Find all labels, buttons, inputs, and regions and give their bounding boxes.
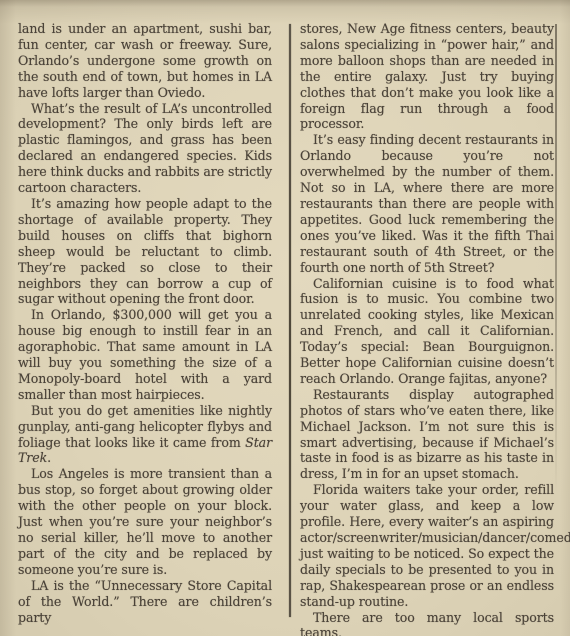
article-paragraph: There are too many local sports teams, bbox=[300, 610, 554, 636]
article-paragraph: It’s easy finding decent restaurants in … bbox=[300, 132, 554, 275]
body-text: Los Angeles is more transient than a bus… bbox=[18, 466, 272, 576]
body-text: LA is the “Unnecessary Store Capital of … bbox=[18, 578, 272, 625]
article-paragraph: Los Angeles is more transient than a bus… bbox=[18, 466, 272, 577]
article-paragraph: land is under an apartment, sushi bar, f… bbox=[18, 21, 272, 101]
body-text: stores, New Age fitness centers, beauty … bbox=[300, 21, 554, 131]
article-paragraph: stores, New Age fitness centers, beauty … bbox=[300, 21, 554, 132]
body-text: In Orlando, $300,000 will get you a hous… bbox=[18, 307, 272, 402]
body-text: It’s easy finding decent restaurants in … bbox=[300, 132, 554, 274]
adjacent-column-edge-rule bbox=[555, 24, 557, 494]
body-text: It’s amazing how people adapt to the sho… bbox=[18, 196, 272, 306]
article-paragraph: Californian cuisine is to food what fusi… bbox=[300, 276, 554, 387]
body-text: There are too many local sports teams, bbox=[300, 610, 554, 636]
article-paragraph: It’s amazing how people adapt to the sho… bbox=[18, 196, 272, 307]
article-paragraph: LA is the “Unnecessary Store Capital of … bbox=[18, 578, 272, 626]
body-text: What’s the result of LA’s uncontrolled d… bbox=[18, 101, 272, 196]
article-paragraph: Florida waiters take your order, refill … bbox=[300, 482, 554, 609]
article-paragraph: Restaurants display autographed photos o… bbox=[300, 387, 554, 482]
body-text: But you do get amenities like nightly gu… bbox=[18, 403, 272, 450]
body-text: land is under an apartment, sushi bar, f… bbox=[18, 21, 272, 100]
article-column-right: stores, New Age fitness centers, beauty … bbox=[300, 21, 554, 636]
body-text: Florida waiters take your order, refill … bbox=[300, 482, 570, 608]
article-paragraph: But you do get amenities like nightly gu… bbox=[18, 403, 272, 467]
column-divider-rule bbox=[289, 24, 291, 617]
body-text: Californian cuisine is to food what fusi… bbox=[300, 276, 554, 386]
article-paragraph: In Orlando, $300,000 will get you a hous… bbox=[18, 307, 272, 402]
article-column-left: land is under an apartment, sushi bar, f… bbox=[18, 21, 272, 625]
scanned-article-page: land is under an apartment, sushi bar, f… bbox=[0, 0, 570, 636]
body-text: Restaurants display autographed photos o… bbox=[300, 387, 554, 482]
article-paragraph: What’s the result of LA’s uncontrolled d… bbox=[18, 101, 272, 196]
body-text: . bbox=[47, 450, 51, 465]
